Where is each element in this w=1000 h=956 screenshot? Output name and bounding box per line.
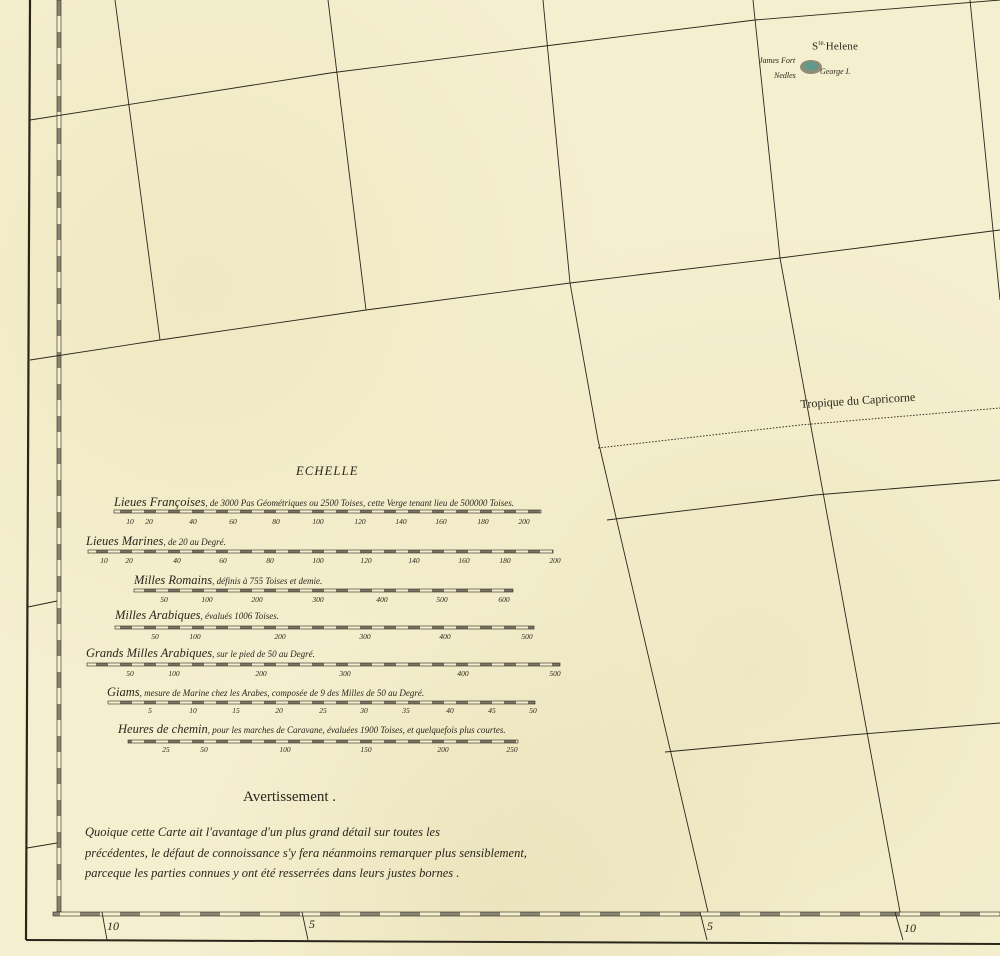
tick-label: 500 bbox=[436, 595, 447, 604]
tick-label: 180 bbox=[477, 517, 488, 526]
tick-label: 140 bbox=[408, 556, 419, 565]
george-island-label: George I. bbox=[820, 67, 850, 76]
outer-frame bbox=[26, 0, 1000, 944]
tick-label: 250 bbox=[506, 745, 517, 754]
notice-line-2: précédentes, le défaut de connoissance s… bbox=[85, 846, 527, 861]
tick-label: 80 bbox=[266, 556, 274, 565]
tick-label: 200 bbox=[518, 517, 529, 526]
tick-label: 20 bbox=[145, 517, 153, 526]
scale-caption-lieues-marines: Lieues Marines, de 20 au Degré. bbox=[86, 534, 226, 549]
tick-label: 300 bbox=[312, 595, 323, 604]
tick-label: 50 bbox=[529, 706, 537, 715]
tick-label: 150 bbox=[360, 745, 371, 754]
scale-caption-heures-de-chemin: Heures de chemin, pour les marches de Ca… bbox=[118, 722, 506, 737]
map-canvas bbox=[0, 0, 1000, 956]
tick-label: 500 bbox=[521, 632, 532, 641]
tick-label: 25 bbox=[162, 745, 170, 754]
tick-label: 600 bbox=[498, 595, 509, 604]
tick-label: 200 bbox=[437, 745, 448, 754]
tick-label: 120 bbox=[354, 517, 365, 526]
tick-label: 500 bbox=[549, 669, 560, 678]
tick-label: 60 bbox=[219, 556, 227, 565]
tick-label: 300 bbox=[359, 632, 370, 641]
graticule-lines bbox=[27, 0, 1000, 940]
tick-label: 50 bbox=[160, 595, 168, 604]
tick-label: 120 bbox=[360, 556, 371, 565]
bottom-degree-label: 10 bbox=[904, 921, 916, 936]
tick-label: 200 bbox=[255, 669, 266, 678]
graduated-border bbox=[53, 0, 1000, 916]
bottom-degree-label: 5 bbox=[707, 919, 713, 934]
tick-label: 100 bbox=[279, 745, 290, 754]
tick-label: 20 bbox=[275, 706, 283, 715]
scale-caption-giams: Giams, mesure de Marine chez les Arabes,… bbox=[107, 685, 424, 700]
tick-label: 300 bbox=[339, 669, 350, 678]
tick-label: 5 bbox=[148, 706, 152, 715]
tick-label: 40 bbox=[173, 556, 181, 565]
nedles-label: Nedles bbox=[774, 71, 796, 80]
tick-label: 50 bbox=[200, 745, 208, 754]
island-name-label: Ste.Helene bbox=[812, 39, 858, 53]
tick-label: 10 bbox=[126, 517, 134, 526]
scale-caption-milles-romains: Milles Romains, définis à 755 Toises et … bbox=[134, 573, 322, 588]
tick-label: 160 bbox=[435, 517, 446, 526]
tick-label: 200 bbox=[549, 556, 560, 565]
tick-label: 140 bbox=[395, 517, 406, 526]
notice-title: Avertissement . bbox=[243, 789, 336, 806]
tick-label: 160 bbox=[458, 556, 469, 565]
tick-label: 180 bbox=[499, 556, 510, 565]
tick-label: 25 bbox=[319, 706, 327, 715]
scale-caption-grands-milles-arabiques: Grands Milles Arabiques, sur le pied de … bbox=[86, 646, 315, 661]
tick-label: 10 bbox=[189, 706, 197, 715]
james-fort-label: James Fort bbox=[759, 56, 795, 65]
bottom-degree-label: 10 bbox=[107, 919, 119, 934]
tick-label: 200 bbox=[274, 632, 285, 641]
notice-line-3: parceque les parties connues y ont été r… bbox=[85, 866, 459, 881]
bottom-degree-label: 5 bbox=[309, 917, 315, 932]
tick-label: 50 bbox=[126, 669, 134, 678]
tick-label: 400 bbox=[376, 595, 387, 604]
tick-label: 100 bbox=[189, 632, 200, 641]
tick-label: 10 bbox=[100, 556, 108, 565]
tick-label: 40 bbox=[189, 517, 197, 526]
scale-caption-lieues-francoises: Lieues Françoises, de 3000 Pas Géométriq… bbox=[114, 495, 514, 510]
tick-label: 45 bbox=[488, 706, 496, 715]
tick-label: 20 bbox=[125, 556, 133, 565]
tick-label: 100 bbox=[201, 595, 212, 604]
tick-label: 50 bbox=[151, 632, 159, 641]
scale-title: ECHELLE bbox=[296, 464, 359, 479]
tropic-of-capricorn-line bbox=[598, 408, 1000, 448]
notice-line-1: Quoique cette Carte ait l'avantage d'un … bbox=[85, 825, 440, 840]
tick-label: 100 bbox=[312, 556, 323, 565]
tick-label: 100 bbox=[168, 669, 179, 678]
tick-label: 100 bbox=[312, 517, 323, 526]
scale-caption-milles-arabiques: Milles Arabiques, évalués 1006 Toises. bbox=[115, 608, 279, 623]
tick-label: 60 bbox=[229, 517, 237, 526]
tick-label: 200 bbox=[251, 595, 262, 604]
tick-label: 40 bbox=[446, 706, 454, 715]
tick-label: 400 bbox=[439, 632, 450, 641]
st-helena-island bbox=[800, 60, 822, 74]
tick-label: 15 bbox=[232, 706, 240, 715]
tick-label: 400 bbox=[457, 669, 468, 678]
tick-label: 35 bbox=[402, 706, 410, 715]
tick-label: 30 bbox=[360, 706, 368, 715]
tick-label: 80 bbox=[272, 517, 280, 526]
